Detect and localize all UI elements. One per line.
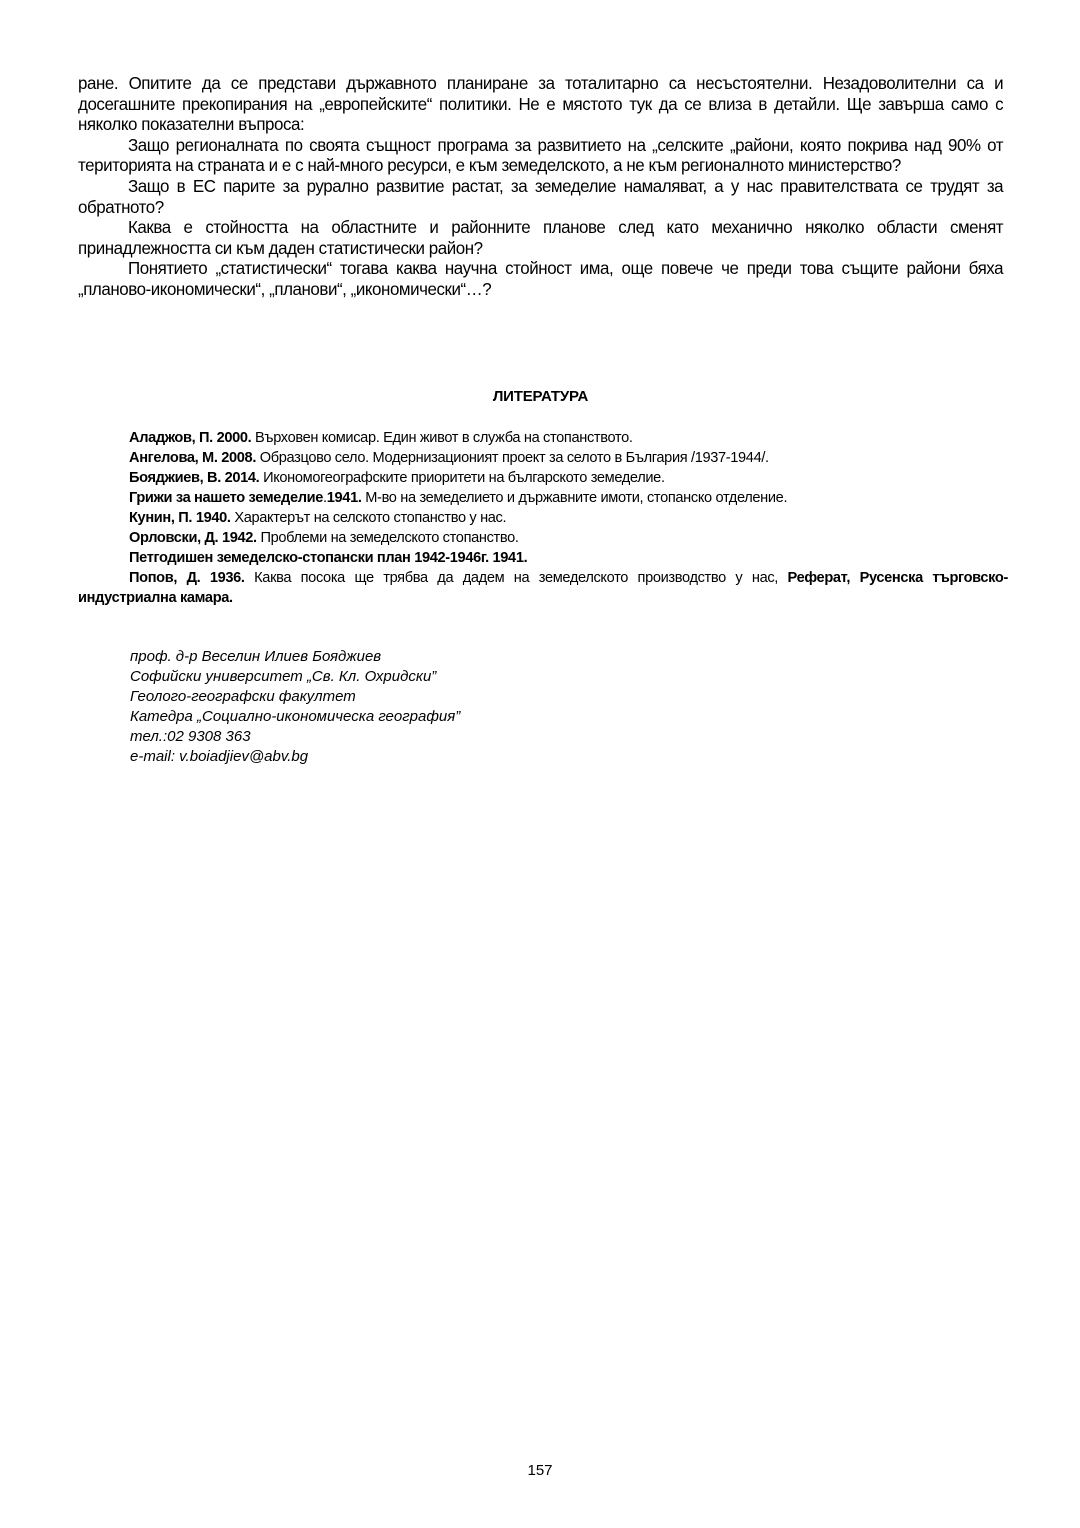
reference-author: Кунин, П. 1940. — [129, 510, 231, 526]
reference-item: Кунин, П. 1940. Характерът на селското с… — [78, 508, 1008, 528]
paragraph: Понятието „статистически“ тогава каква н… — [78, 258, 1003, 299]
reference-title: Образцово село. Модернизационият проект … — [256, 450, 769, 466]
author-faculty: Геолого-географски факултет — [130, 687, 460, 707]
reference-title: Икономогеографските приоритети на българ… — [259, 470, 664, 486]
body-text: ране. Опитите да се представи държавното… — [78, 73, 1003, 300]
reference-item: Ангелова, М. 2008. Образцово село. Модер… — [78, 448, 1008, 468]
page-number: 157 — [0, 1462, 1080, 1479]
reference-author: Бояджиев, В. 2014. — [129, 470, 259, 486]
reference-title: Върховен комисар. Един живот в служба на… — [251, 430, 632, 446]
references-list: Аладжов, П. 2000. Върховен комисар. Един… — [78, 428, 1008, 608]
references-heading: ЛИТЕРАТУРА — [78, 388, 1003, 405]
author-name: проф. д-р Веселин Илиев Бояджиев — [130, 647, 460, 667]
paragraph: ране. Опитите да се представи държавното… — [78, 73, 1003, 135]
reference-title: Каква посока ще трябва да дадем на земед… — [245, 570, 788, 586]
reference-title: Характерът на селското стопанство у нас. — [231, 510, 507, 526]
author-email: e-mail: v.boiadjiev@abv.bg — [130, 747, 460, 767]
reference-author: Ангелова, М. 2008. — [129, 450, 256, 466]
reference-author: Петгодишен земеделско-стопански план 194… — [129, 550, 527, 566]
reference-author: Грижи за нашето земеделие — [129, 490, 323, 506]
reference-author: Орловски, Д. 1942. — [129, 530, 257, 546]
reference-item: Попов, Д. 1936. Каква посока ще трябва д… — [78, 568, 1008, 608]
author-block: проф. д-р Веселин Илиев Бояджиев Софийск… — [130, 647, 460, 767]
author-university: Софийски университет „Св. Кл. Охридски” — [130, 667, 460, 687]
author-department: Катедра „Социално-икономическа география… — [130, 707, 460, 727]
reference-author: Аладжов, П. 2000. — [129, 430, 251, 446]
paragraph: Каква е стойността на областните и район… — [78, 217, 1003, 258]
paragraph: Защо в ЕС парите за рурално развитие рас… — [78, 176, 1003, 217]
reference-year: 1941. — [327, 490, 362, 506]
reference-item: Орловски, Д. 1942. Проблеми на земеделск… — [78, 528, 1008, 548]
reference-title: М-во на земеделието и държавните имоти, … — [362, 490, 788, 506]
article-body: ране. Опитите да се представи държавното… — [78, 73, 1003, 300]
reference-item: Грижи за нашето земеделие.1941. М-во на … — [78, 488, 1008, 508]
reference-title: Проблеми на земеделското стопанство. — [257, 530, 519, 546]
reference-item: Аладжов, П. 2000. Върховен комисар. Един… — [78, 428, 1008, 448]
reference-item: Бояджиев, В. 2014. Икономогеографските п… — [78, 468, 1008, 488]
paragraph: Защо регионалната по своята същност прог… — [78, 135, 1003, 176]
reference-author: Попов, Д. 1936. — [129, 570, 245, 586]
author-phone: тел.:02 9308 363 — [130, 727, 460, 747]
reference-item: Петгодишен земеделско-стопански план 194… — [78, 548, 1008, 568]
